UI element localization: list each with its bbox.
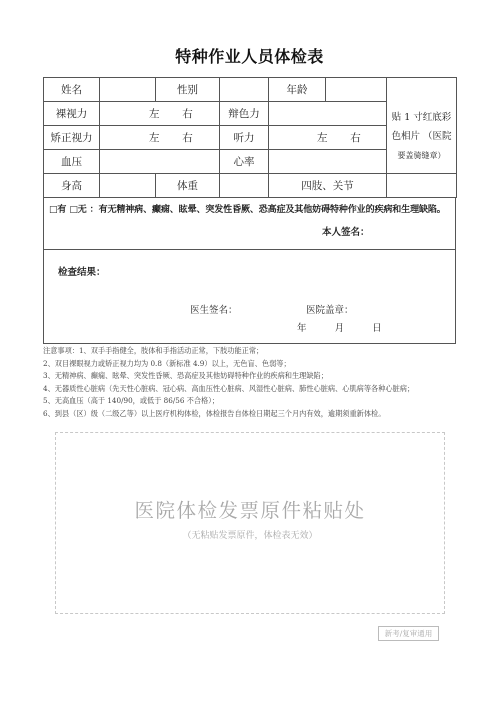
name-label: 姓名 xyxy=(44,78,100,102)
limbs-label: 四肢、关节 xyxy=(269,174,387,198)
declaration-section: □有 □无 ：有无精神病、癫痫、眩晕、突发性昏厥、恐高症及其他妨碍特种作业的疾病… xyxy=(43,197,456,250)
hearing-left-label: 左 xyxy=(294,130,350,145)
paste-area-title: 医院体检发票原件粘贴处 xyxy=(56,495,444,523)
year-label: 年 xyxy=(297,320,307,334)
gender-label: 性别 xyxy=(156,78,220,102)
note-item: 2、双目裸眼视力或矫正视力均为 0.8（新标准 4.9）以上，无色盲、色弱等； xyxy=(43,358,473,371)
usage-stamp: 新考/复审通用 xyxy=(378,626,439,641)
blood-pressure-label: 血压 xyxy=(44,150,100,174)
corrected-vision-left-label: 左 xyxy=(126,130,182,145)
result-label: 检查结果： xyxy=(58,264,106,278)
form-row-name: 姓名 性别 年龄 贴 1 寸红底彩 色相片 （医院 要盖骑缝章） xyxy=(44,78,457,102)
heart-rate-field[interactable] xyxy=(269,150,387,174)
declaration-text: □有 □无 ：有无精神病、癫痫、眩晕、突发性昏厥、恐高症及其他妨碍特种作业的疾病… xyxy=(49,202,446,215)
corrected-vision-label: 矫正视力 xyxy=(44,126,100,150)
weight-field[interactable] xyxy=(220,174,269,198)
photo-area: 贴 1 寸红底彩 色相片 （医院 要盖骑缝章） xyxy=(387,78,457,174)
height-label: 身高 xyxy=(44,174,100,198)
doctor-signature-label: 医生签名： xyxy=(190,302,238,316)
month-label: 月 xyxy=(335,320,345,334)
naked-vision-right-label: 右 xyxy=(182,108,193,120)
photo-instruction-line2: 色相片 （医院 xyxy=(387,127,456,146)
gender-field[interactable] xyxy=(220,78,269,102)
naked-vision-label: 裸视力 xyxy=(44,102,100,126)
color-vision-field[interactable] xyxy=(269,102,387,126)
age-label: 年龄 xyxy=(269,78,326,102)
paste-area-note: （无粘贴发票原件，体检表无效） xyxy=(56,528,444,541)
corrected-vision-field[interactable]: 左右 xyxy=(100,126,220,150)
note-item: 4、无器质性心脏病（先天性心脏病、冠心病、高血压性心脏病、风湿性心脏病、肺性心脏… xyxy=(43,383,473,396)
result-section: 检查结果： 医生签名： 医院盖章： 年 月 日 xyxy=(43,249,456,344)
hearing-label: 听力 xyxy=(220,126,269,150)
blood-pressure-field[interactable] xyxy=(100,150,220,174)
limbs-field[interactable] xyxy=(387,174,457,198)
note-item: 6、到县（区）级（二级乙等）以上医疗机构体检，体检报告自体检日期起三个月内有效，… xyxy=(43,408,473,421)
form-row-height: 身高 体重 四肢、关节 xyxy=(44,174,457,198)
note-item: 5、无高血压（高于 140/90，或低于 86/56 不合格）； xyxy=(43,395,473,408)
age-field[interactable] xyxy=(326,78,387,102)
page-title: 特种作业人员体检表 xyxy=(0,44,499,67)
notes-section: 注意事项：1、双手手指健全，肢体和手指活动正常，下肢功能正常； 2、双目裸眼视力… xyxy=(43,345,473,421)
corrected-vision-right-label: 右 xyxy=(182,132,193,144)
color-vision-label: 辩色力 xyxy=(220,102,269,126)
exam-form-table: 姓名 性别 年龄 贴 1 寸红底彩 色相片 （医院 要盖骑缝章） 裸视力 左右 … xyxy=(43,77,457,198)
note-item: 注意事项：1、双手手指健全，肢体和手指活动正常，下肢功能正常； xyxy=(43,345,473,358)
hearing-field[interactable]: 左右 xyxy=(269,126,387,150)
hearing-right-label: 右 xyxy=(350,132,361,144)
self-signature-label: 本人签名： xyxy=(322,224,370,238)
weight-label: 体重 xyxy=(156,174,220,198)
photo-instruction-line1: 贴 1 寸红底彩 xyxy=(387,108,456,127)
invoice-paste-area: 医院体检发票原件粘贴处 （无粘贴发票原件，体检表无效） xyxy=(55,432,445,614)
height-field[interactable] xyxy=(100,174,156,198)
heart-rate-label: 心率 xyxy=(220,150,269,174)
name-field[interactable] xyxy=(100,78,156,102)
photo-instruction-line3: 要盖骑缝章） xyxy=(387,146,456,165)
note-item: 3、无精神病、癫痫、眩晕、突发性昏厥、恐高症及其他妨碍特种作业的疾病和生理缺陷； xyxy=(43,370,473,383)
day-label: 日 xyxy=(372,320,382,334)
naked-vision-left-label: 左 xyxy=(126,106,182,121)
hospital-seal-label: 医院盖章： xyxy=(306,302,354,316)
naked-vision-field[interactable]: 左右 xyxy=(100,102,220,126)
date-line: 年 月 日 xyxy=(297,320,382,334)
